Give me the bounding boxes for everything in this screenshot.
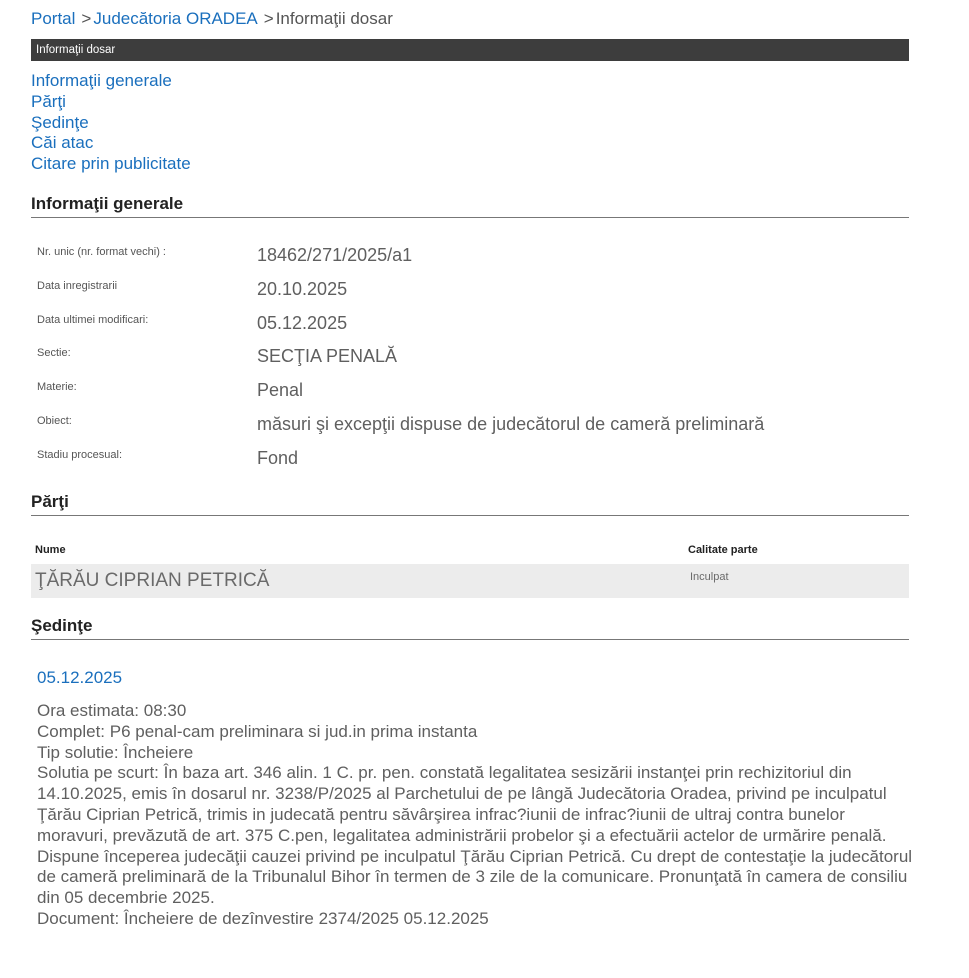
info-value: Penal: [257, 379, 303, 401]
anchor-general-info[interactable]: Informaţii generale: [31, 71, 172, 90]
column-header-role: Calitate parte: [688, 544, 758, 556]
breadcrumb-current: Informaţii dosar: [276, 9, 393, 28]
anchor-sessions[interactable]: Şedinţe: [31, 113, 89, 132]
info-row-matter: Materie: Penal: [37, 374, 897, 408]
info-value: SECŢIA PENALĂ: [257, 345, 397, 367]
table-row: ŢĂRĂU CIPRIAN PETRICĂ Inculpat: [31, 564, 909, 598]
column-header-name: Nume: [35, 544, 66, 556]
breadcrumb-separator: >: [81, 9, 91, 28]
session-document: Document: Încheiere de dezînvestire 2374…: [37, 909, 917, 930]
info-value: 20.10.2025: [257, 278, 347, 300]
info-label: Stadiu procesual:: [37, 448, 122, 462]
sessions-heading: Şedinţe: [31, 615, 909, 640]
info-value: Fond: [257, 447, 298, 469]
info-row-section: Sectie: SECŢIA PENALĂ: [37, 340, 897, 374]
anchor-public-summons[interactable]: Citare prin publicitate: [31, 154, 191, 173]
info-label: Data ultimei modificari:: [37, 313, 148, 327]
info-row-procedural-stage: Stadiu procesual: Fond: [37, 442, 897, 476]
session-date: 05.12.2025: [37, 667, 122, 689]
info-label: Materie:: [37, 380, 77, 394]
session-details: Ora estimata: 08:30 Complet: P6 penal-ca…: [37, 701, 917, 930]
anchor-appeals[interactable]: Căi atac: [31, 133, 93, 152]
parties-heading: Părţi: [31, 491, 909, 516]
session-solution-summary: Solutia pe scurt: În baza art. 346 alin.…: [37, 763, 917, 909]
info-row-case-number: Nr. unic (nr. format vechi) : 18462/271/…: [37, 239, 897, 273]
info-label: Nr. unic (nr. format vechi) :: [37, 245, 166, 259]
anchor-parties[interactable]: Părţi: [31, 92, 66, 111]
breadcrumb: Portal>Judecătoria ORADEA>Informaţii dos…: [31, 9, 393, 29]
parties-table-header: Nume Calitate parte: [31, 540, 909, 564]
info-row-registration-date: Data inregistrarii 20.10.2025: [37, 273, 897, 307]
party-role: Inculpat: [690, 571, 729, 583]
general-info-table: Nr. unic (nr. format vechi) : 18462/271/…: [37, 239, 897, 476]
party-name: ŢĂRĂU CIPRIAN PETRICĂ: [35, 570, 269, 592]
info-label: Data inregistrarii: [37, 279, 117, 293]
session-panel: Complet: P6 penal-cam preliminara si jud…: [37, 722, 917, 743]
general-info-heading: Informaţii generale: [31, 193, 909, 218]
section-anchor-nav: Informaţii generale Părţi Şedinţe Căi at…: [31, 71, 191, 175]
parties-table: Nume Calitate parte ŢĂRĂU CIPRIAN PETRIC…: [31, 540, 909, 598]
session-estimated-time: Ora estimata: 08:30: [37, 701, 917, 722]
breadcrumb-portal-link[interactable]: Portal: [31, 9, 75, 28]
case-info-titlebar: Informaţii dosar: [31, 39, 909, 61]
breadcrumb-court-link[interactable]: Judecătoria ORADEA: [93, 9, 257, 28]
info-row-object: Obiect: măsuri şi excepţii dispuse de ju…: [37, 408, 897, 442]
info-value: măsuri şi excepţii dispuse de judecătoru…: [257, 413, 764, 435]
info-label: Sectie:: [37, 346, 71, 360]
info-value: 18462/271/2025/a1: [257, 244, 412, 266]
info-label: Obiect:: [37, 414, 72, 428]
breadcrumb-separator: >: [264, 9, 274, 28]
info-value: 05.12.2025: [257, 312, 347, 334]
info-row-last-modified: Data ultimei modificari: 05.12.2025: [37, 307, 897, 341]
session-solution-type: Tip solutie: Încheiere: [37, 743, 917, 764]
